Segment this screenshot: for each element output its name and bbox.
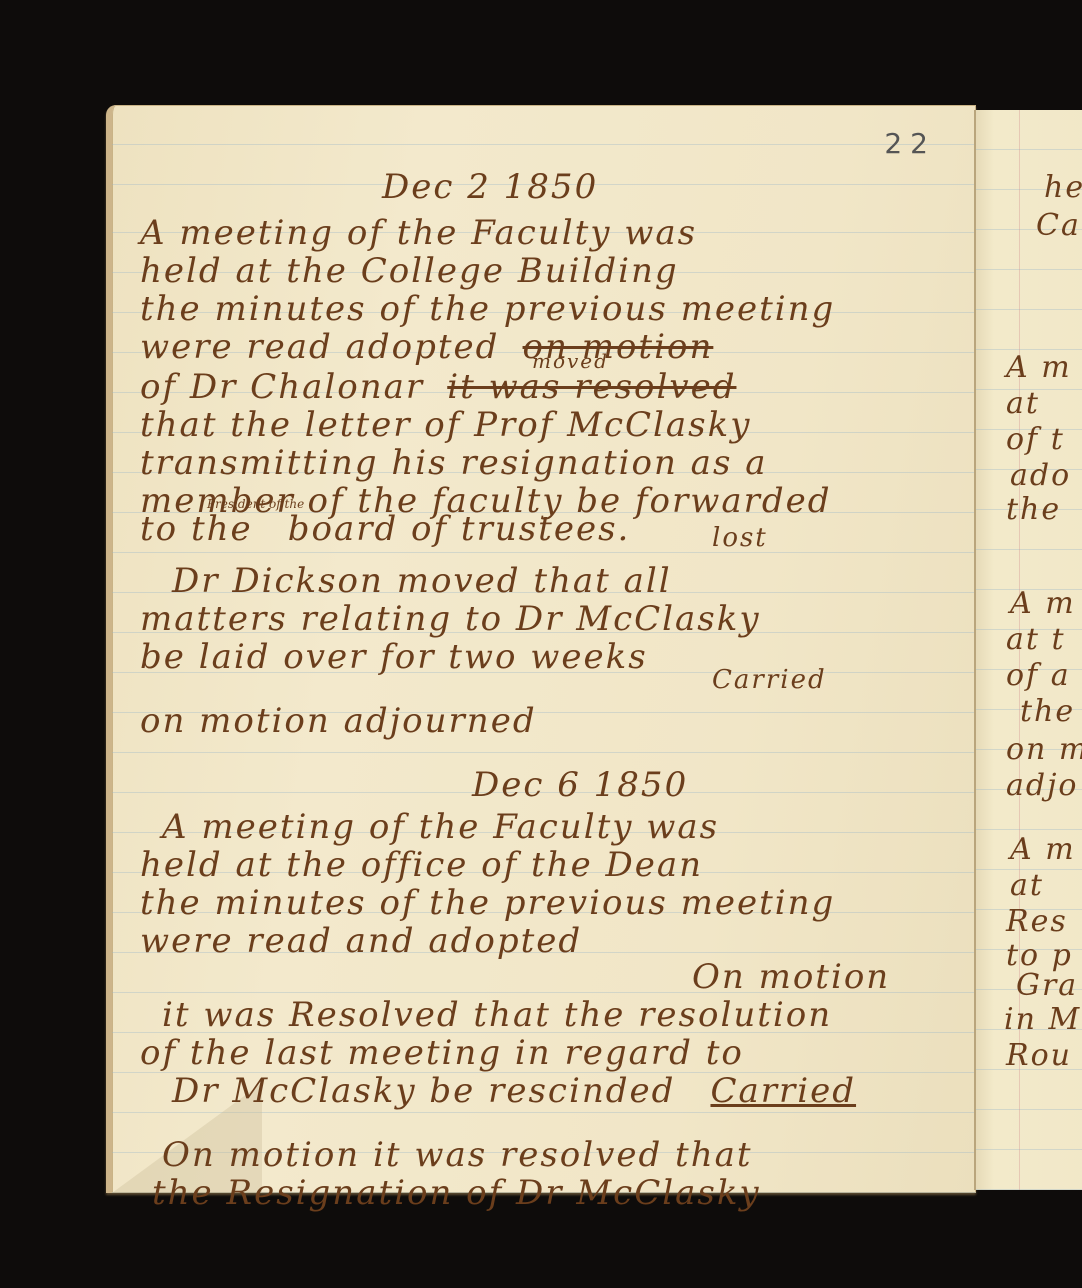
- right-fragment: Rou: [1006, 1038, 1072, 1073]
- right-fragment: of t: [1006, 422, 1065, 457]
- entry2-line-2: held at the office of the Dean: [140, 845, 703, 885]
- rescinded-text: Dr McClasky be rescinded: [172, 1071, 675, 1111]
- entry1-line-9: to the board of trustees.: [140, 509, 630, 549]
- right-fragment: he: [1044, 170, 1082, 205]
- entry2-line-5: it was Resolved that the resolution: [162, 995, 832, 1035]
- entry1-adopted-text: were read adopted: [140, 327, 499, 367]
- right-fragment: at: [1010, 868, 1044, 903]
- struck-resolved: it was resolved: [447, 367, 736, 407]
- left-page: 22 Dec 2 1850 A meeting of the Faculty w…: [106, 105, 976, 1193]
- right-fragment: A m: [1006, 350, 1072, 385]
- right-fragment: ado: [1010, 458, 1071, 493]
- final-line-2: the Resignation of Dr McClasky: [152, 1173, 761, 1213]
- right-fragment: on m: [1006, 732, 1082, 767]
- dickson-line-1: Dr Dickson moved that all: [172, 561, 672, 601]
- entry2-line-3: the minutes of the previous meeting: [140, 883, 835, 923]
- entry2-line-1: A meeting of the Faculty was: [162, 807, 719, 847]
- entry1-line-5: of Dr Chalonar it was resolved: [140, 367, 736, 407]
- entry2-line-6: of the last meeting in regard to: [140, 1033, 744, 1073]
- dickson-outcome-carried: Carried: [712, 665, 827, 695]
- right-fragment: the: [1006, 492, 1061, 527]
- page-number: 22: [884, 127, 936, 160]
- right-fragment: A m: [1010, 832, 1076, 867]
- right-fragment: Ca: [1036, 208, 1081, 243]
- right-fragment: of a: [1006, 658, 1071, 693]
- dickson-line-3: be laid over for two weeks: [140, 637, 648, 677]
- entry2-line-7: Dr McClasky be rescinded Carried: [172, 1071, 856, 1111]
- to-the-text: to the: [140, 509, 253, 549]
- dickson-line-2: matters relating to Dr McClasky: [140, 599, 761, 639]
- right-fragment: at: [1006, 386, 1040, 421]
- right-fragment: adjo: [1006, 768, 1078, 803]
- entry1-line-2: held at the College Building: [140, 251, 679, 291]
- entry2-line-4: were read and adopted: [140, 921, 582, 961]
- right-page-partial: he Ca A m at of t ado the A m at t of a …: [974, 110, 1082, 1190]
- entry1-line-6: that the letter of Prof McClasky: [140, 405, 751, 445]
- entry1-line-3: the minutes of the previous meeting: [140, 289, 835, 329]
- on-motion-label: On motion: [692, 957, 890, 997]
- entry1-line-7: transmitting his resignation as a: [140, 443, 767, 483]
- right-fragment: at t: [1006, 622, 1066, 657]
- entry2-date: Dec 6 1850: [472, 765, 688, 805]
- entry1-line-1: A meeting of the Faculty was: [140, 213, 697, 253]
- board-of-trustees-text: board of trustees.: [288, 509, 631, 549]
- right-fragment: in M: [1004, 1002, 1081, 1037]
- adjourned-line: on motion adjourned: [140, 701, 537, 741]
- entry2-outcome-carried: Carried: [710, 1071, 856, 1111]
- right-fragment: the: [1020, 694, 1075, 729]
- right-fragment: A m: [1010, 586, 1076, 621]
- chalonar-text: of Dr Chalonar: [140, 367, 424, 407]
- entry1-outcome-lost: lost: [712, 523, 768, 553]
- entry1-line-4: were read adopted on motion: [140, 327, 713, 367]
- entry1-date: Dec 2 1850: [382, 167, 598, 207]
- right-fragment: Gra: [1016, 968, 1078, 1003]
- final-line-1: On motion it was resolved that: [162, 1135, 753, 1175]
- right-fragment: Res: [1006, 904, 1068, 939]
